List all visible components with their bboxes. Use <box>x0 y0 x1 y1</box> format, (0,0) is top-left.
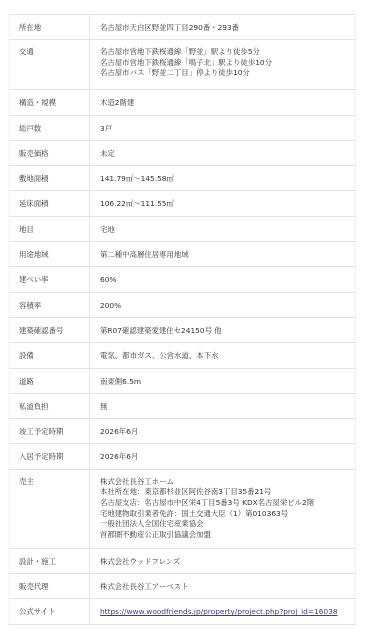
transport-line: 名古屋市営地下鉄桜通線「鳴子北」駅より徒歩10分 <box>100 58 355 69</box>
value-location: 名古屋市天白区野並四丁目290番・293番 <box>90 15 356 40</box>
row-official-site: 公式サイト https://www.woodfriends.jp/propert… <box>10 599 356 624</box>
label-zoning: 用途地域 <box>10 242 90 267</box>
row-site-area: 敷地面積 141.79㎡～145.58㎡ <box>10 166 356 191</box>
row-location: 所在地 名古屋市天白区野並四丁目290番・293番 <box>10 15 356 40</box>
row-land-category: 地目 宅地 <box>10 216 356 241</box>
transport-line: 名古屋市バス「野並二丁目」停より徒歩10分 <box>100 68 355 79</box>
row-price: 販売価格 未定 <box>10 140 356 165</box>
label-seller: 売主 <box>10 469 90 548</box>
label-location: 所在地 <box>10 15 90 40</box>
value-facilities: 電気、都市ガス、公営水道、本下水 <box>90 343 356 368</box>
label-completion: 竣工予定時期 <box>10 419 90 444</box>
value-road: 南東側6.5m <box>90 368 356 393</box>
value-official-site: https://www.woodfriends.jp/property/proj… <box>90 599 356 624</box>
row-road: 道路 南東側6.5m <box>10 368 356 393</box>
label-floor-area: 延床面積 <box>10 191 90 216</box>
seller-line: 首都圏不動産公正取引協議会加盟 <box>100 530 355 541</box>
row-facilities: 設備 電気、都市ガス、公営水道、本下水 <box>10 343 356 368</box>
value-seller: 株式会社長谷工ホーム 本社所在地：東京都杉並区阿佐谷南3丁目35番21号 名古屋… <box>90 469 356 548</box>
label-coverage-ratio: 建ぺい率 <box>10 267 90 292</box>
value-coverage-ratio: 60% <box>90 267 356 292</box>
value-floor-area: 106.22㎡～111.55㎡ <box>90 191 356 216</box>
property-spec-table: 所在地 名古屋市天白区野並四丁目290番・293番 交通 名古屋市営地下鉄桜通線… <box>9 14 356 625</box>
row-move-in: 入居予定時期 2026年6月 <box>10 444 356 469</box>
label-site-area: 敷地面積 <box>10 166 90 191</box>
value-site-area: 141.79㎡～145.58㎡ <box>90 166 356 191</box>
value-transport: 名古屋市営地下鉄桜通線「野並」駅より徒歩5分 名古屋市営地下鉄桜通線「鳴子北」駅… <box>90 40 356 90</box>
seller-line: 株式会社長谷工ホーム <box>100 477 355 488</box>
row-sales-agent: 販売代理 株式会社長谷工アーベスト <box>10 574 356 599</box>
value-land-category: 宅地 <box>90 216 356 241</box>
label-private-road: 私道負担 <box>10 393 90 418</box>
value-private-road: 無 <box>90 393 356 418</box>
row-floor-area: 延床面積 106.22㎡～111.55㎡ <box>10 191 356 216</box>
label-permit-number: 建築確認番号 <box>10 317 90 342</box>
transport-line: 名古屋市営地下鉄桜通線「野並」駅より徒歩5分 <box>100 47 355 58</box>
label-sales-agent: 販売代理 <box>10 574 90 599</box>
row-seller: 売主 株式会社長谷工ホーム 本社所在地：東京都杉並区阿佐谷南3丁目35番21号 … <box>10 469 356 548</box>
official-site-link[interactable]: https://www.woodfriends.jp/property/proj… <box>100 607 338 616</box>
label-facilities: 設備 <box>10 343 90 368</box>
seller-line: 一般社団法人全国住宅産業協会 <box>100 519 355 530</box>
seller-line: 名古屋支店：名古屋市中区栄4丁目5番3号 KDX名古屋栄ビル2階 <box>100 498 355 509</box>
value-permit-number: 第R07確認建築愛建住セ24150号 他 <box>90 317 356 342</box>
row-permit-number: 建築確認番号 第R07確認建築愛建住セ24150号 他 <box>10 317 356 342</box>
seller-line: 本社所在地：東京都杉並区阿佐谷南3丁目35番21号 <box>100 487 355 498</box>
row-floor-area-ratio: 容積率 200% <box>10 292 356 317</box>
value-structure: 木造2階建 <box>90 90 356 115</box>
value-zoning: 第二種中高層住居専用地域 <box>90 242 356 267</box>
row-design-construction: 設計・施工 株式会社ウッドフレンズ <box>10 548 356 573</box>
value-completion: 2026年6月 <box>90 419 356 444</box>
row-zoning: 用途地域 第二種中高層住居専用地域 <box>10 242 356 267</box>
label-official-site: 公式サイト <box>10 599 90 624</box>
seller-line: 宅地建物取引業者免許：国土交通大臣（1）第010363号 <box>100 509 355 520</box>
label-land-category: 地目 <box>10 216 90 241</box>
label-move-in: 入居予定時期 <box>10 444 90 469</box>
value-total-units: 3戸 <box>90 115 356 140</box>
label-price: 販売価格 <box>10 140 90 165</box>
row-total-units: 総戸数 3戸 <box>10 115 356 140</box>
row-transport: 交通 名古屋市営地下鉄桜通線「野並」駅より徒歩5分 名古屋市営地下鉄桜通線「鳴子… <box>10 40 356 90</box>
row-coverage-ratio: 建ぺい率 60% <box>10 267 356 292</box>
value-design-construction: 株式会社ウッドフレンズ <box>90 548 356 573</box>
row-private-road: 私道負担 無 <box>10 393 356 418</box>
label-design-construction: 設計・施工 <box>10 548 90 573</box>
value-move-in: 2026年6月 <box>90 444 356 469</box>
label-structure: 構造・規模 <box>10 90 90 115</box>
row-completion: 竣工予定時期 2026年6月 <box>10 419 356 444</box>
value-floor-area-ratio: 200% <box>90 292 356 317</box>
value-sales-agent: 株式会社長谷工アーベスト <box>90 574 356 599</box>
row-structure: 構造・規模 木造2階建 <box>10 90 356 115</box>
label-road: 道路 <box>10 368 90 393</box>
label-transport: 交通 <box>10 40 90 90</box>
label-floor-area-ratio: 容積率 <box>10 292 90 317</box>
label-total-units: 総戸数 <box>10 115 90 140</box>
value-price: 未定 <box>90 140 356 165</box>
